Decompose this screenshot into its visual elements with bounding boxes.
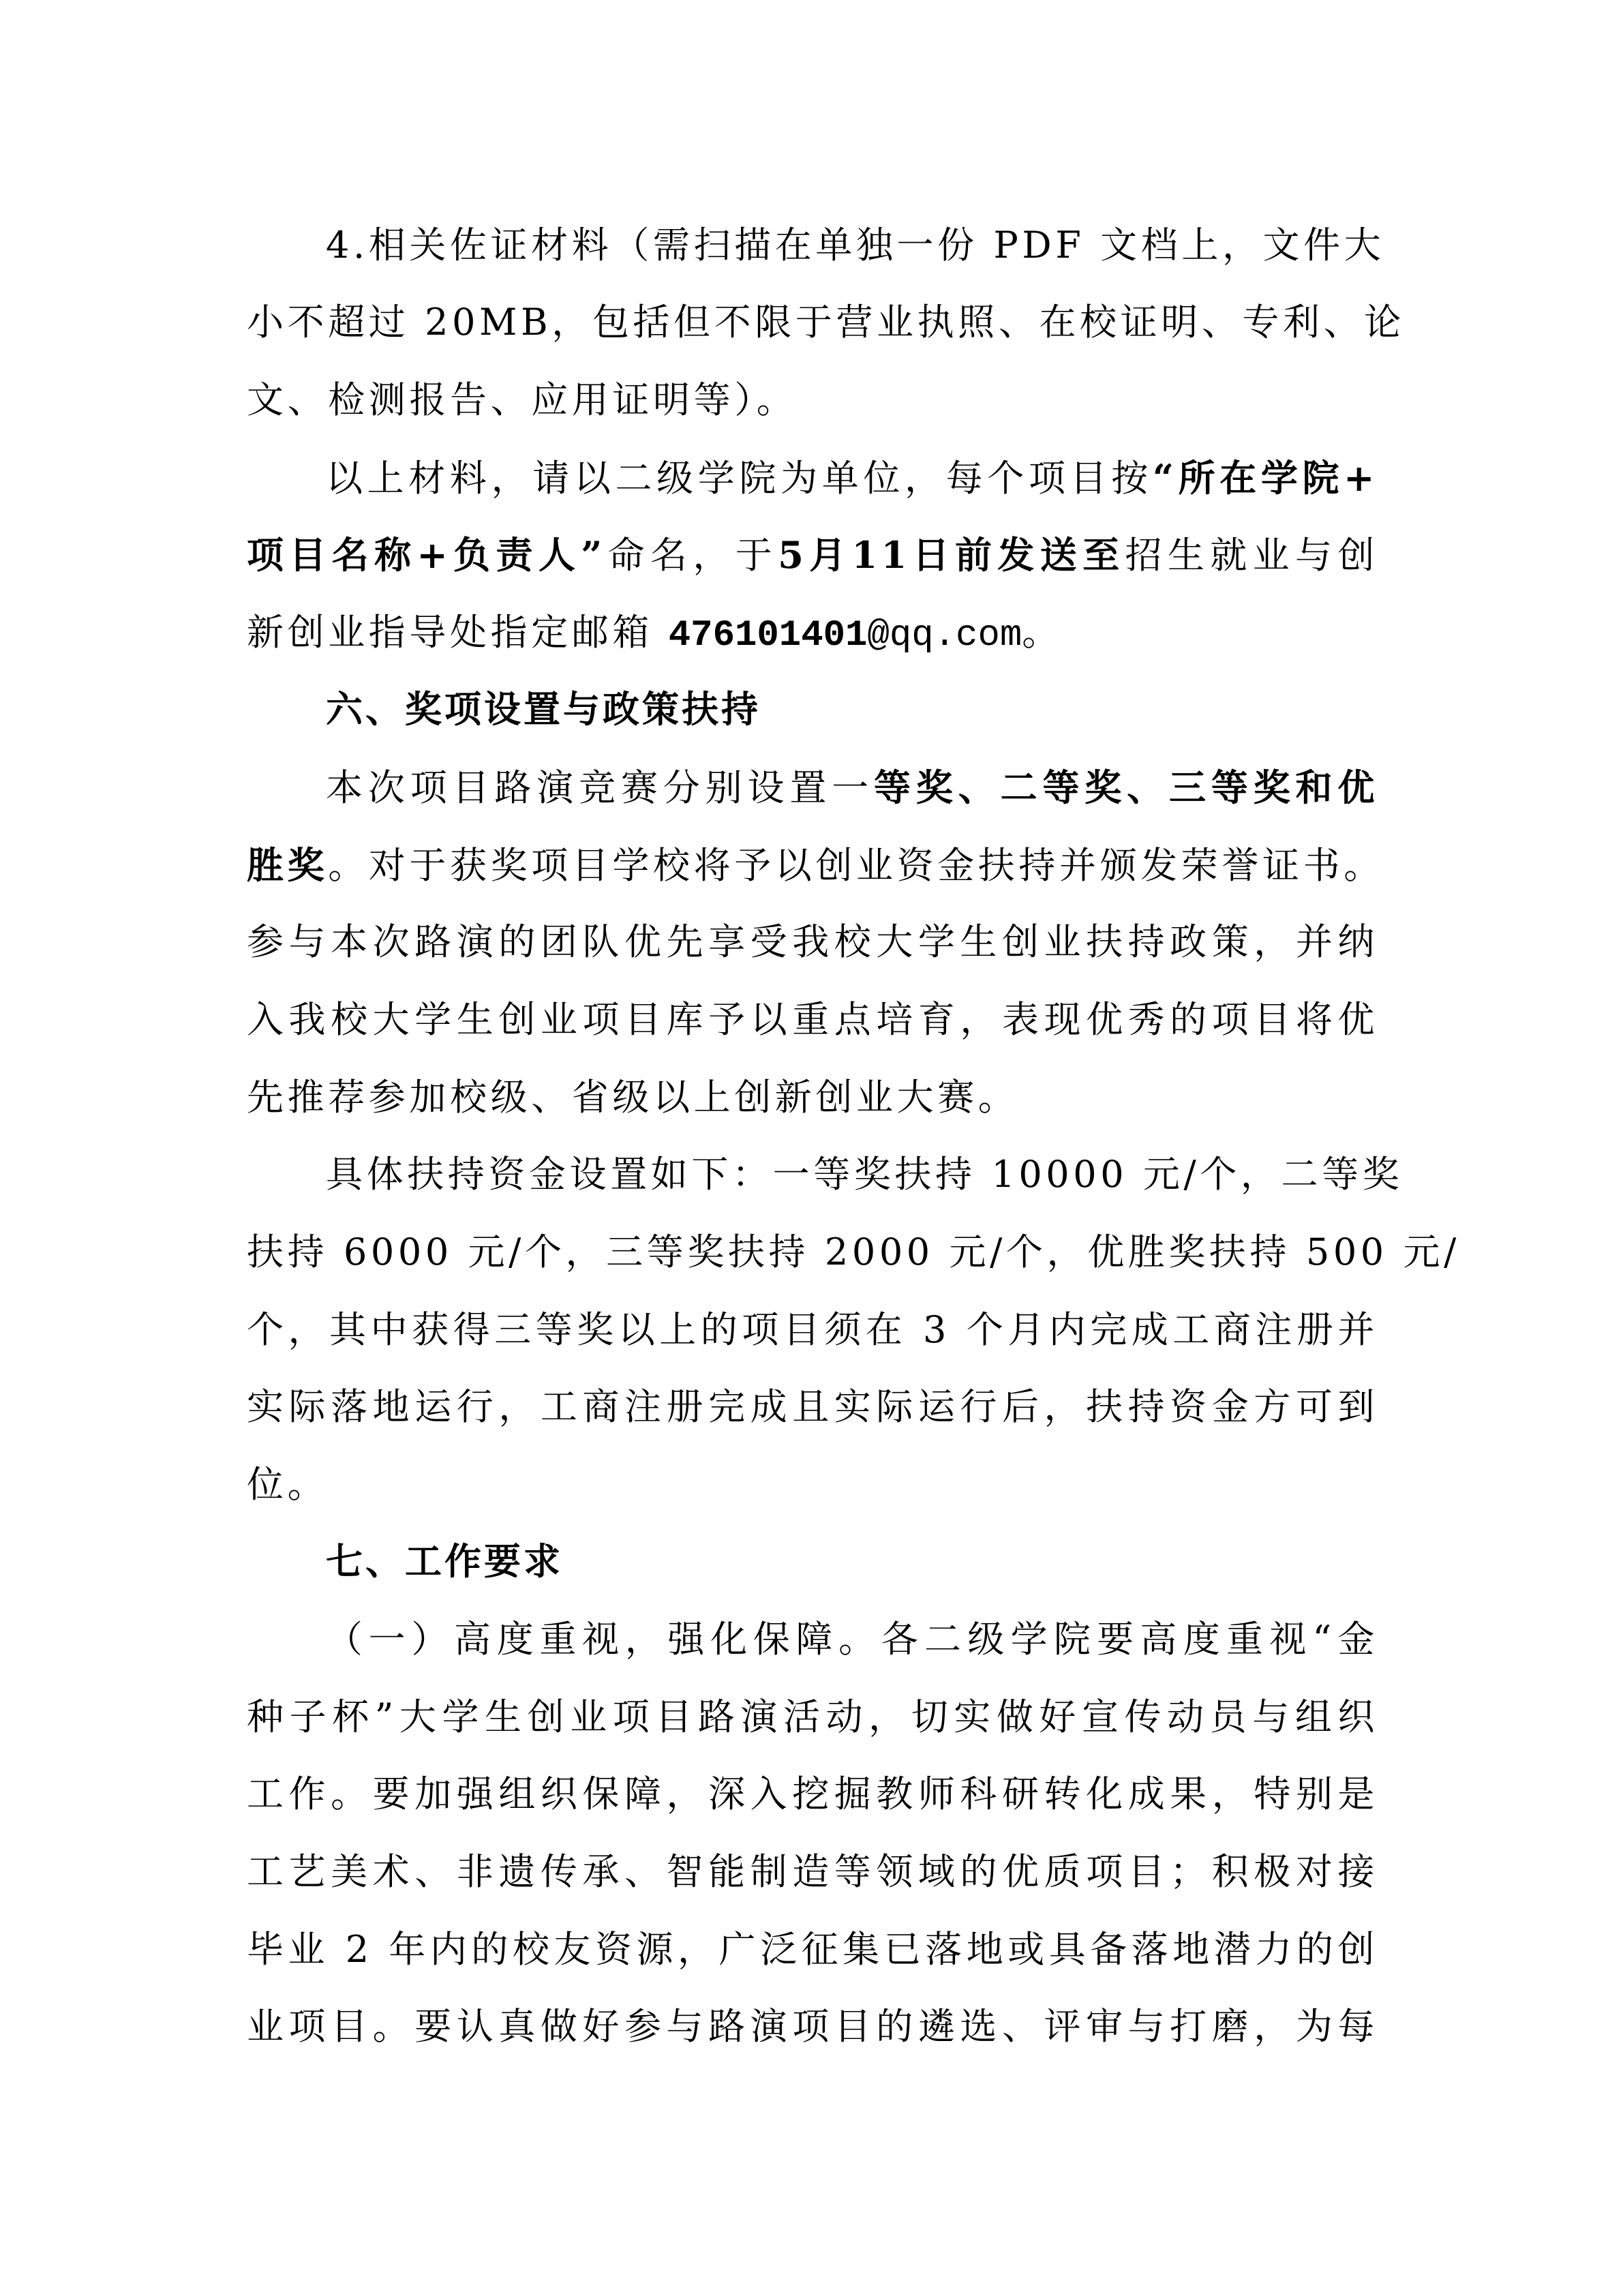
submission-text: 新创业指导处指定邮箱: [247, 611, 669, 654]
item4-line-1: 4.相关佐证材料（需扫描在单独一份 PDF 文档上，文件大: [326, 218, 1378, 273]
section6-text: 本次项目路演竞赛分别设置一: [326, 766, 874, 809]
section7-heading: 七、工作要求: [326, 1535, 1378, 1589]
section6-p1-line-2: 胜奖。对于获奖项目学校将予以创业资金扶持并颁发荣誉证书。: [247, 838, 1378, 892]
naming-rule-bold-cont: 项目名称+负责人”: [247, 533, 606, 577]
award-levels-bold-cont: 胜奖: [247, 843, 328, 887]
funding-line-3: 个，其中获得三等奖以上的项目须在 3 个月内完成工商注册并: [247, 1303, 1378, 1357]
submission-line-3: 新创业指导处指定邮箱 476101401@qq.com。: [247, 605, 1378, 660]
item4-line-2: 小不超过 20MB，包括但不限于营业执照、在校证明、专利、论: [247, 295, 1378, 350]
section6-p1-line-3: 参与本次路演的团队优先享受我校大学生创业扶持政策，并纳: [247, 915, 1378, 969]
section6-p1-line-4: 入我校大学生创业项目库予以重点培育，表现优秀的项目将优: [247, 993, 1378, 1047]
submission-line-2: 项目名称+负责人”命名，于5月11日前发送至招生就业与创: [247, 528, 1378, 582]
section6-heading: 六、奖项设置与政策扶持: [326, 682, 1378, 737]
naming-rule-bold: “所在学院+: [1153, 456, 1378, 500]
funding-line-5: 位。: [247, 1457, 1378, 1512]
award-levels-bold: 等奖、二等奖、三等奖和优: [874, 766, 1378, 809]
submission-text: 招生就业与创: [1125, 534, 1378, 577]
section7-line-6: 业项目。要认真做好参与路演项目的遴选、评审与打磨，为每: [247, 1999, 1378, 2054]
section6-text: 。对于获奖项目学校将予以创业资金扶持并颁发荣誉证书。: [328, 844, 1384, 887]
email-domain: @qq.com: [867, 615, 1022, 656]
funding-line-4: 实际落地运行，工商注册完成且实际运行后，扶持资金方可到: [247, 1380, 1378, 1434]
submission-text: 以上材料，请以二级学院为单位，每个项目按: [326, 457, 1153, 500]
section7-sub1-line-1: （一）高度重视，强化保障。各二级学院要高度重视“金: [326, 1612, 1378, 1667]
subsection-title: （一）高度重视，强化保障。: [326, 1618, 881, 1661]
submission-text: 命名，于: [606, 534, 778, 577]
email-number: 476101401: [669, 615, 868, 656]
submission-text: 。: [1022, 611, 1063, 654]
section7-line-3: 工作。要加强组织保障，深入挖掘教师科研转化成果，特别是: [247, 1767, 1378, 1822]
section7-line-4: 工艺美术、非遗传承、智能制造等领域的优质项目；积极对接: [247, 1845, 1378, 1899]
funding-line-2: 扶持 6000 元/个，三等奖扶持 2000 元/个，优胜奖扶持 500 元/: [247, 1225, 1378, 1280]
section7-text: 各二级学院要高度重视“金: [881, 1618, 1378, 1661]
section7-line-2: 种子杯”大学生创业项目路演活动，切实做好宣传动员与组织: [247, 1690, 1378, 1744]
submission-line-1: 以上材料，请以二级学院为单位，每个项目按“所在学院+: [326, 451, 1378, 505]
document-page: 4.相关佐证材料（需扫描在单独一份 PDF 文档上，文件大 小不超过 20MB，…: [0, 0, 1623, 2296]
section6-p1-line-1: 本次项目路演竞赛分别设置一等奖、二等奖、三等奖和优: [326, 760, 1378, 815]
deadline-bold: 5月11日前发送至: [778, 533, 1125, 577]
section6-p1-line-5: 先推荐参加校级、省级以上创新创业大赛。: [247, 1070, 1378, 1125]
section7-line-5: 毕业 2 年内的校友资源，广泛征集已落地或具备落地潜力的创: [247, 1922, 1378, 1977]
item4-line-3: 文、检测报告、应用证明等）。: [247, 373, 1378, 427]
funding-line-1: 具体扶持资金设置如下：一等奖扶持 10000 元/个，二等奖: [326, 1147, 1378, 1202]
